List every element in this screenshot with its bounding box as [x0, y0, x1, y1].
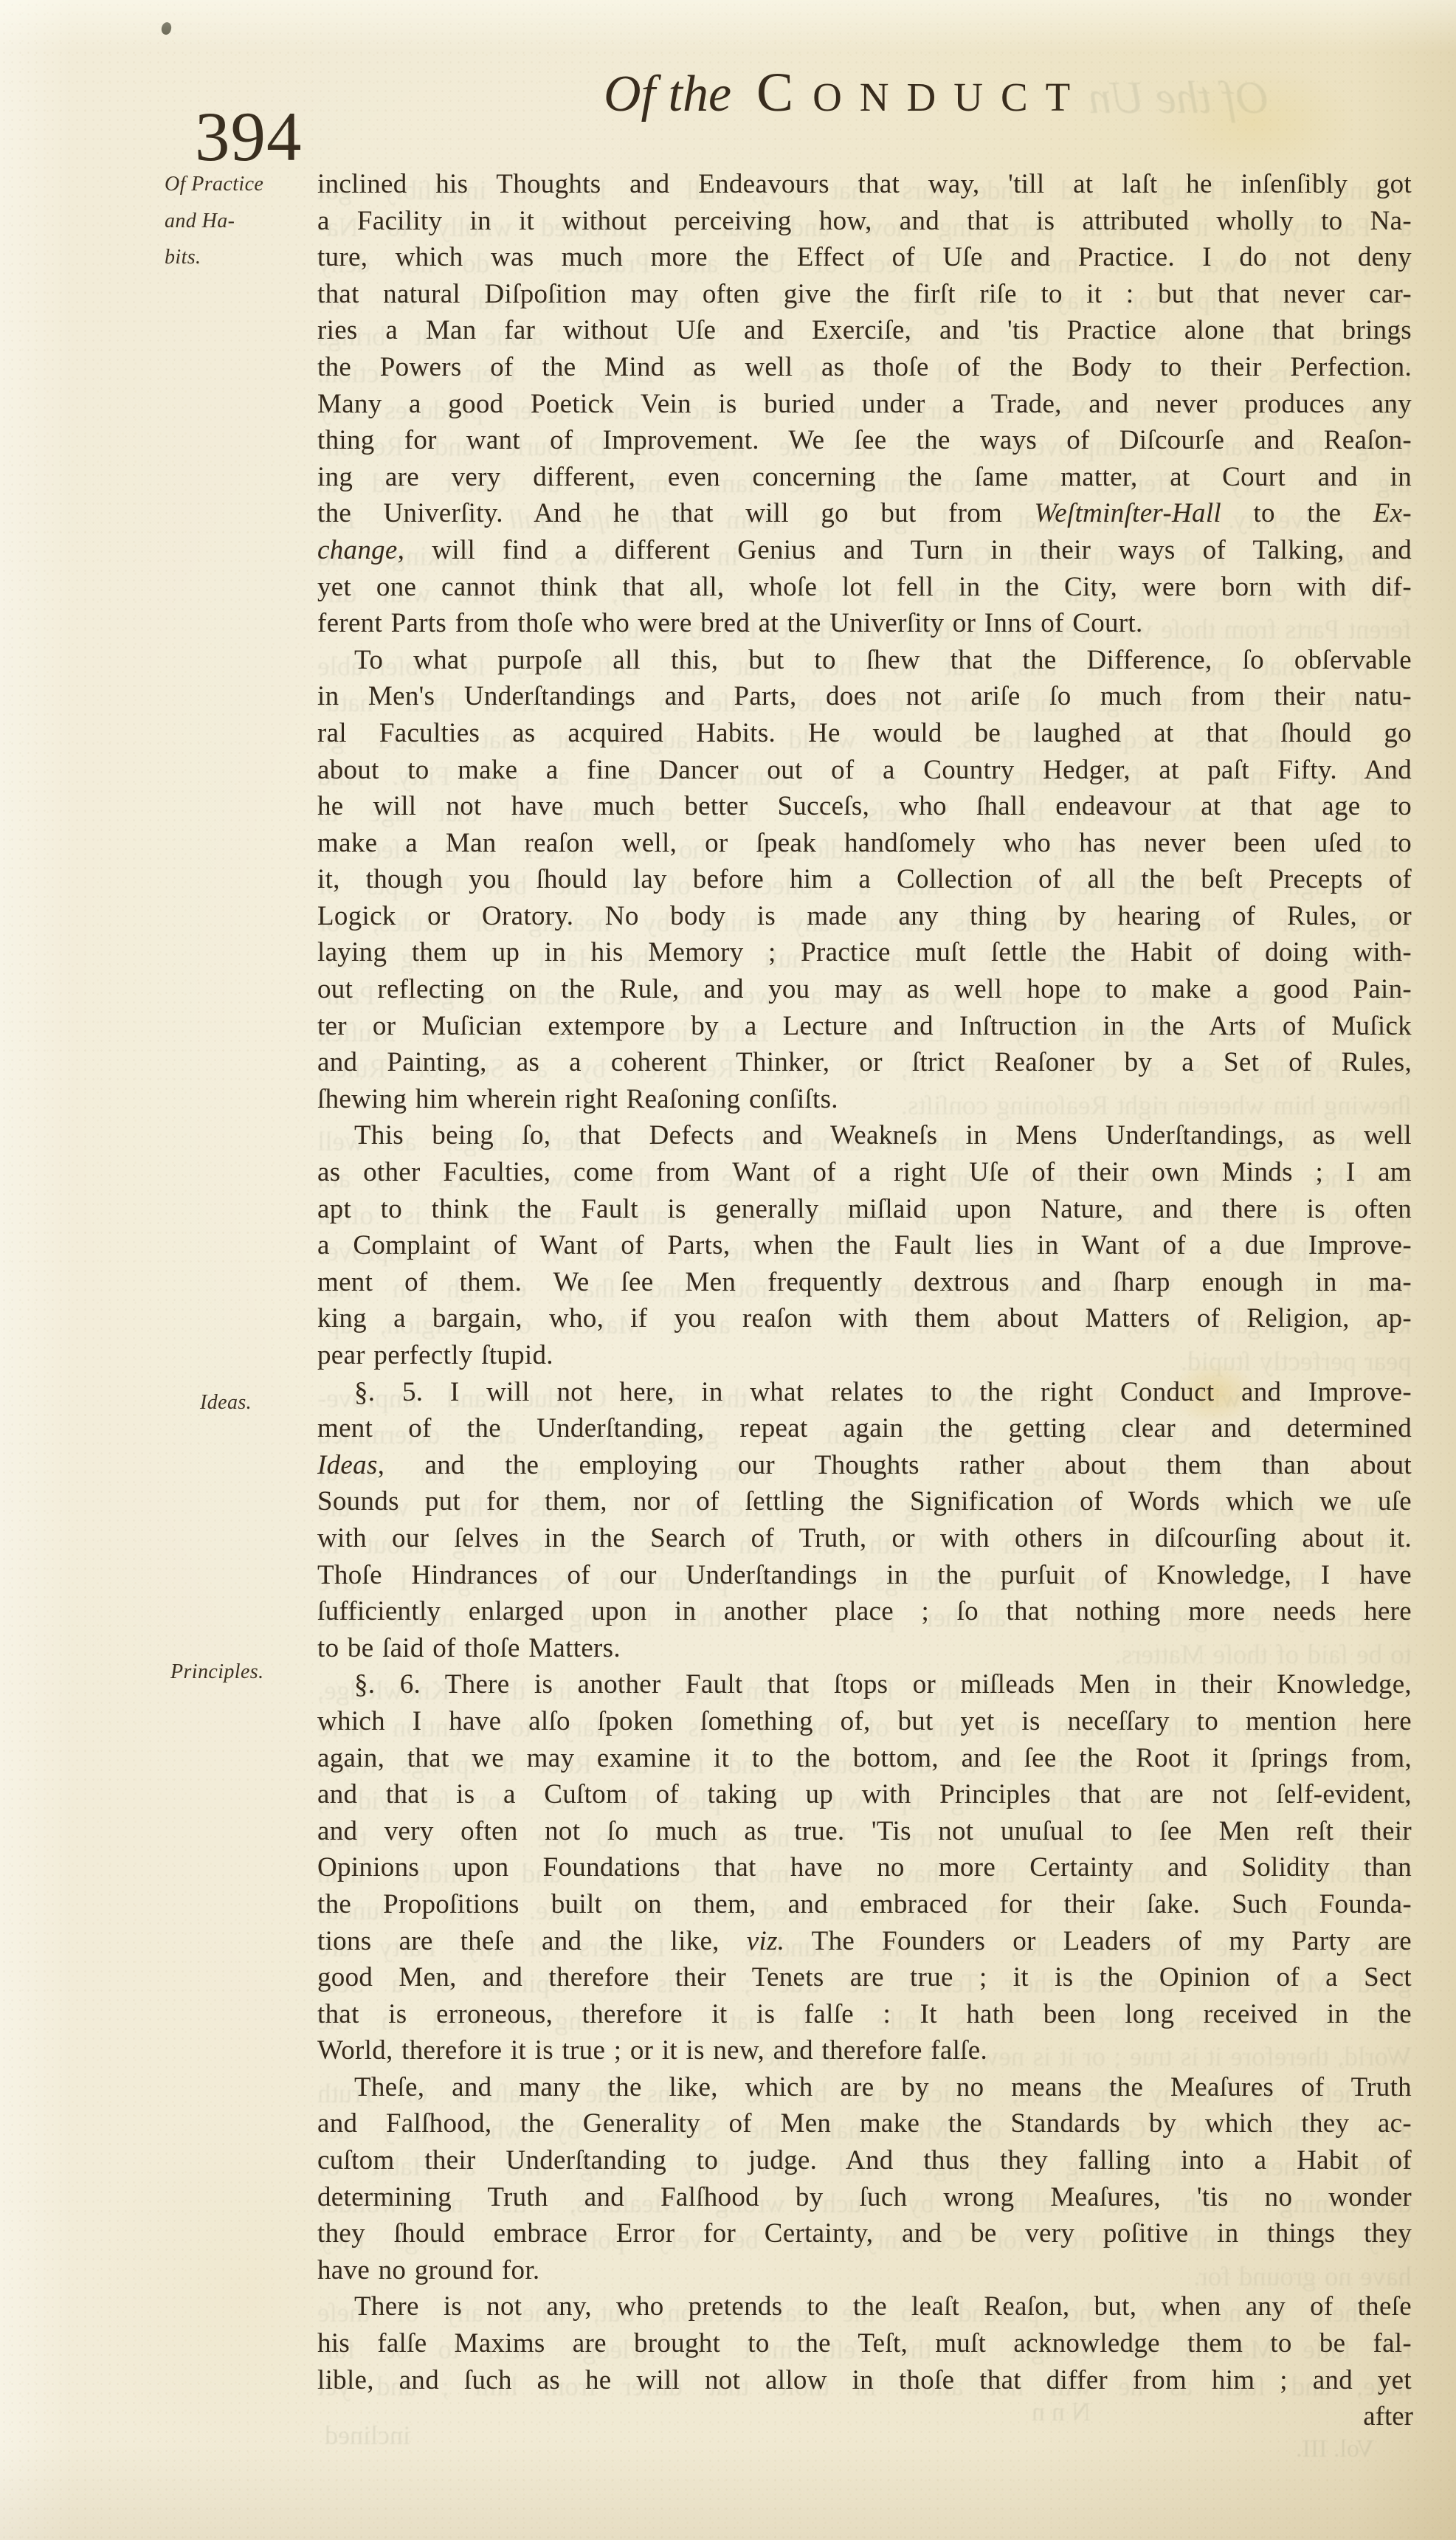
- bleedthrough-fragment: Vol. III.: [1296, 2437, 1374, 2462]
- text-line: ment of them. We ſee Men frequently dext…: [317, 1264, 1412, 1301]
- margin-note-line: Ideas.: [200, 1384, 252, 1421]
- text-line: out reflecting on the Rule, and you may …: [317, 971, 1412, 1008]
- text-line: ing are very different, even concerning …: [317, 459, 1412, 496]
- margin-note-line: Of Practice: [165, 166, 263, 203]
- text-line: lible, and ſuch as he will not allow in …: [317, 2362, 1412, 2399]
- text-line: that is erroneous, therefore it is falſe…: [317, 1996, 1412, 2033]
- page-number: 394: [195, 102, 303, 172]
- margin-note: Of Practiceand Ha-bits.: [165, 166, 263, 276]
- text-line: ter or Muſician extempore by a Lecture a…: [317, 1008, 1412, 1045]
- text-line: ral Faculties as acquired Habits. He wou…: [317, 715, 1412, 752]
- text-line: the Univerſity. And he that will go but …: [317, 495, 1412, 532]
- running-header-title: Conduct: [756, 65, 1088, 120]
- text-line: and that is a Cuſtom of taking up with P…: [317, 1776, 1412, 1813]
- text-line: ferent Parts from thoſe who were bred at…: [317, 605, 1412, 642]
- text-line: as other Faculties, come from Want of a …: [317, 1154, 1412, 1191]
- text-line: they ſhould embrace Error for Certainty,…: [317, 2215, 1412, 2252]
- text-line: pear perfectly ſtupid.: [317, 1337, 1412, 1374]
- text-line: and Painting, as a coherent Thinker, or …: [317, 1044, 1412, 1081]
- text-line: Many a good Poetick Vein is buried under…: [317, 386, 1412, 423]
- text-line: There is not any, who pretends to the le…: [317, 2288, 1412, 2325]
- margin-note: Ideas.: [200, 1384, 252, 1421]
- text-line: the Powers of the Mind as well as thoſe …: [317, 349, 1412, 386]
- text-line: ſufficiently enlarged upon in another pl…: [317, 1593, 1412, 1630]
- running-header-prefix: Of the: [604, 66, 731, 122]
- text-line: ture, which was much more the Effect of …: [317, 239, 1412, 276]
- body-text: inclined his Thoughts and Endeavours tha…: [317, 166, 1412, 2398]
- text-line: thing for want of Improvement. We ſee th…: [317, 422, 1412, 459]
- text-line: in Men's Underſtandings and Parts, does …: [317, 678, 1412, 715]
- text-line: the Propoſitions built on them, and embr…: [317, 1886, 1412, 1923]
- text-line: to be ſaid of thoſe Matters.: [317, 1630, 1412, 1667]
- text-line: about to make a fine Dancer out of a Cou…: [317, 752, 1412, 789]
- text-line: Sounds put for them, nor of ſettling the…: [317, 1483, 1412, 1520]
- bleedthrough-fragment: Of the Un: [1088, 75, 1269, 121]
- text-line: and Falſhood, the Generality of Men make…: [317, 2105, 1412, 2142]
- margin-note-line: Principles.: [170, 1654, 264, 1691]
- text-line: have no ground for.: [317, 2252, 1412, 2289]
- text-line: Theſe, and many the like, which are by n…: [317, 2069, 1412, 2106]
- text-line: king a bargain, who, if you reaſon with …: [317, 1300, 1412, 1337]
- ink-spot: [160, 21, 173, 35]
- text-line: laying them up in his Memory ; Practice …: [317, 934, 1412, 971]
- text-line: §. 6. There is another Fault that ſtops …: [317, 1666, 1412, 1703]
- text-line: it, though you ſhould lay before him a C…: [317, 861, 1412, 898]
- text-line: his falſe Maxims are brought to the Teſt…: [317, 2325, 1412, 2362]
- text-line: inclined his Thoughts and Endeavours tha…: [317, 166, 1412, 203]
- text-line: apt to think the Fault is generally miſl…: [317, 1191, 1412, 1228]
- paper-stain: [1151, 66, 1358, 177]
- text-line: World, therefore it is true ; or it is n…: [317, 2032, 1412, 2069]
- text-line: tions are theſe and the like, viz. The F…: [317, 1923, 1412, 1960]
- margin-note-line: and Ha-: [165, 203, 263, 240]
- text-line: ment of the Underſtanding, repeat again …: [317, 1410, 1412, 1447]
- text-line: ries a Man far without Uſe and Exerciſe,…: [317, 312, 1412, 349]
- text-line: with our ſelves in the Search of Truth, …: [317, 1520, 1412, 1557]
- text-line: This being ſo, that Defects and Weakneſs…: [317, 1117, 1412, 1154]
- text-line: that natural Diſpoſition may often give …: [317, 276, 1412, 313]
- text-line: again, that we may examine it to the bot…: [317, 1740, 1412, 1777]
- text-line: change, will find a different Genius and…: [317, 532, 1412, 569]
- text-line: good Men, and therefore their Tenets are…: [317, 1959, 1412, 1996]
- catchword: after: [1363, 2401, 1413, 2432]
- margin-note: Principles.: [170, 1654, 264, 1691]
- running-header: Of theConduct: [604, 65, 1088, 120]
- text-line: he will not have much better Succeſs, wh…: [317, 788, 1412, 825]
- text-line: cuſtom their Underſtanding to judge. And…: [317, 2142, 1412, 2179]
- text-line: Thoſe Hindrances of our Underſtandings i…: [317, 1557, 1412, 1594]
- bleedthrough-fragment: inclined: [325, 2422, 410, 2448]
- text-line: Ideas, and the employing our Thoughts ra…: [317, 1447, 1412, 1484]
- text-line: make a Man reaſon well, or ſpeak handſom…: [317, 825, 1412, 862]
- text-line: yet one cannot think that all, whoſe lot…: [317, 569, 1412, 606]
- text-line: To what purpoſe all this, but to ſhew th…: [317, 642, 1412, 679]
- margin-note-line: bits.: [165, 239, 263, 276]
- bleedthrough-fragment: N n n: [1032, 2398, 1091, 2425]
- text-line: and very often not ſo much as true. 'Tis…: [317, 1813, 1412, 1850]
- book-page-scan: inclined his Thoughts and Endeavours tha…: [0, 0, 1456, 2540]
- text-line: Opinions upon Foundations that have no m…: [317, 1849, 1412, 1886]
- text-line: which I have alſo ſpoken ſomething of, b…: [317, 1703, 1412, 1740]
- text-line: determining Truth and Falſhood by ſuch w…: [317, 2179, 1412, 2216]
- text-line: Logick or Oratory. No body is made any t…: [317, 898, 1412, 935]
- text-line: ſhewing him wherein right Reaſoning conſ…: [317, 1081, 1412, 1118]
- text-line: a Facility in it without perceiving how,…: [317, 203, 1412, 240]
- text-line: a Complaint of Want of Parts, when the F…: [317, 1227, 1412, 1264]
- text-line: §. 5. I will not here, in what relates t…: [317, 1374, 1412, 1411]
